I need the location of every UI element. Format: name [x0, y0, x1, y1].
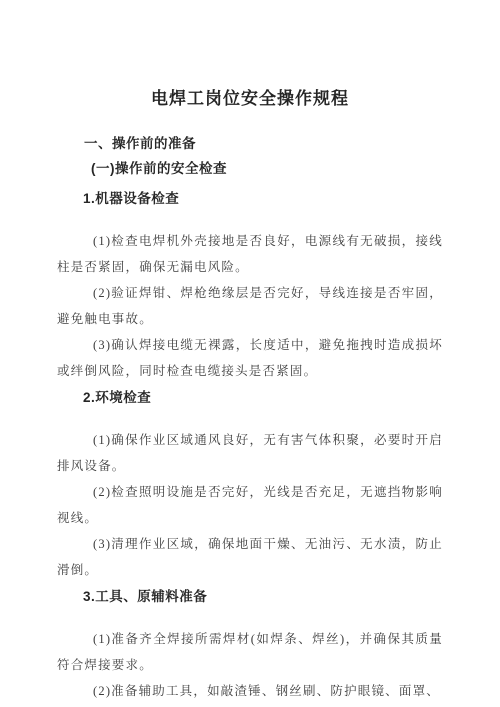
body-paragraph-environment-1: (1)确保作业区域通风良好，无有害气体积聚，必要时开启排风设备。 [57, 427, 443, 479]
body-paragraph-tools-2: (2)准备辅助工具，如敲渣锤、钢丝刷、防护眼镜、面罩、 [57, 678, 443, 704]
document-page: 电焊工岗位安全操作规程 一、操作前的准备 (一)操作前的安全检查 1.机器设备检… [0, 0, 500, 707]
body-paragraph-equipment-1: (1)检查电焊机外壳接地是否良好，电源线有无破损，接线柱是否紧固，确保无漏电风险… [57, 228, 443, 280]
numbered-heading-environment-check: 2.环境检查 [57, 388, 443, 408]
body-paragraph-environment-2: (2)检查照明设施是否完好，光线是否充足，无遮挡物影响视线。 [57, 479, 443, 531]
document-content: 电焊工岗位安全操作规程 一、操作前的准备 (一)操作前的安全检查 1.机器设备检… [57, 88, 443, 704]
body-paragraph-equipment-2: (2)验证焊钳、焊枪绝缘层是否完好，导线连接是否牢固，避免触电事故。 [57, 280, 443, 332]
numbered-heading-tools-materials: 3.工具、原辅料准备 [57, 587, 443, 607]
numbered-heading-equipment-check: 1.机器设备检查 [57, 189, 443, 209]
section-heading-preparation: 一、操作前的准备 [57, 134, 443, 154]
body-paragraph-tools-1: (1)准备齐全焊接所需焊材(如焊条、焊丝)，并确保其质量符合焊接要求。 [57, 626, 443, 678]
body-paragraph-equipment-3: (3)确认焊接电缆无裸露，长度适中，避免拖拽时造成损坏或绊倒风险，同时检查电缆接… [57, 332, 443, 384]
subsection-heading-safety-check: (一)操作前的安全检查 [57, 159, 443, 179]
document-title: 电焊工岗位安全操作规程 [57, 88, 443, 110]
body-paragraph-environment-3: (3)清理作业区域，确保地面干燥、无油污、无水渍，防止滑倒。 [57, 531, 443, 583]
